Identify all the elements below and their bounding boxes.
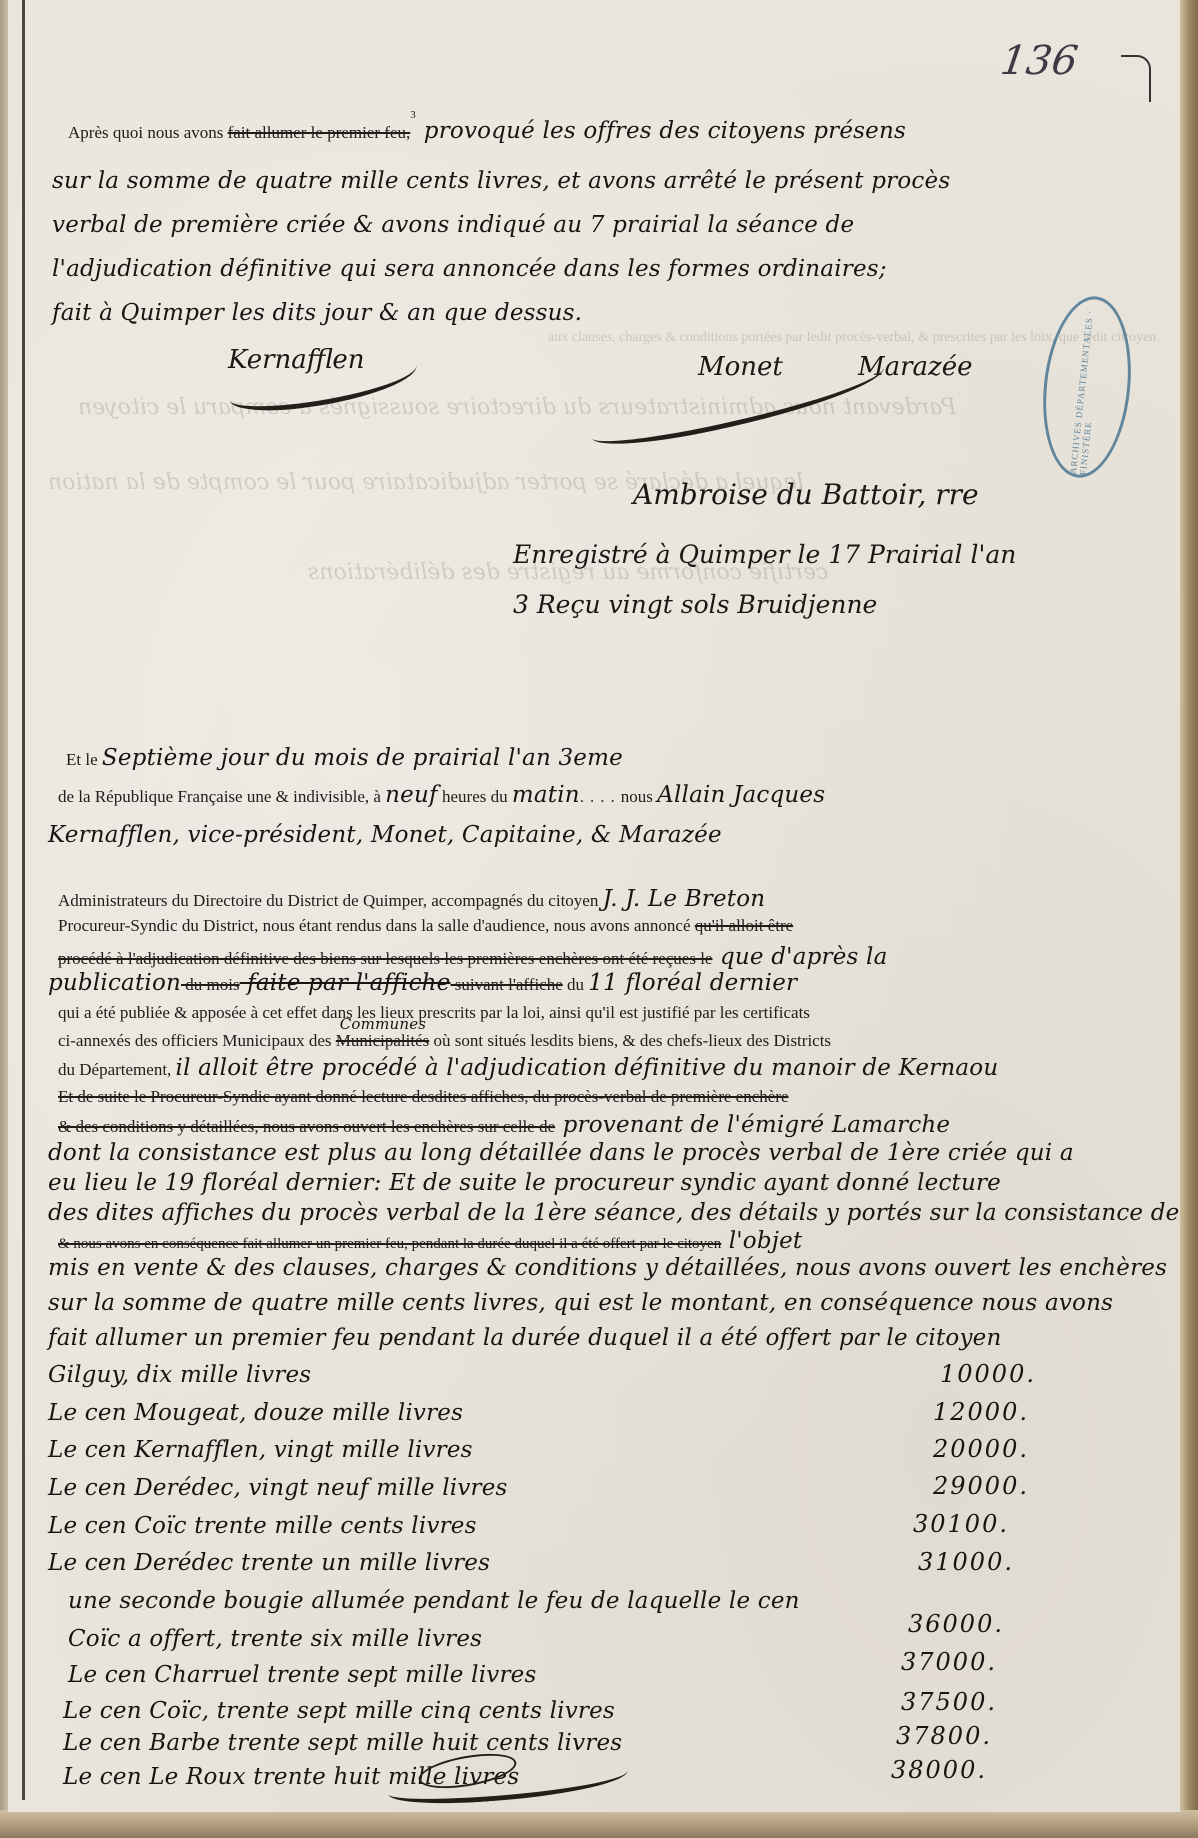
section2-line-8: qui a été publiée & apposée à cet effet …	[58, 1003, 810, 1023]
section2-line-4: Administrateurs du Directoire du Distric…	[58, 886, 765, 912]
bid-amount: 36000.	[908, 1610, 1004, 1638]
section2-line-1: Et le Septième jour du mois de prairial …	[66, 745, 623, 771]
handwritten-text: Septième jour du mois de prairial l'an 3…	[102, 745, 623, 771]
bid-amount: 20000.	[933, 1435, 1029, 1463]
bid-entry: Le cen Derédec, vingt neuf mille livres	[48, 1475, 508, 1501]
page-right-edge	[1180, 0, 1198, 1838]
bid-entry: Gilguy, dix mille livres	[48, 1362, 311, 1388]
handwritten-text: J. J. Le Breton	[603, 886, 766, 912]
handwritten-text: que d'après la	[712, 944, 887, 970]
archive-stamp: ARCHIVES DÉPARTEMENTALES · FINISTÈRE	[1035, 292, 1140, 482]
section2-line-6: procédé à l'adjudication définitive des …	[58, 944, 888, 970]
section2-line-18: sur la somme de quatre mille cents livre…	[48, 1290, 1113, 1316]
bid-entry: Le cen Charruel trente sept mille livres	[68, 1662, 536, 1688]
section2-line-5: Procureur-Syndic du District, nous étant…	[58, 916, 793, 936]
bid-amount: 12000.	[933, 1398, 1029, 1426]
leader-dots: ....	[580, 787, 621, 806]
bid-entry-note: une seconde bougie allumée pendant le fe…	[68, 1588, 800, 1614]
handwritten-text: 11 floréal dernier	[588, 970, 797, 996]
bid-entry: Le cen Barbe trente sept mille huit cent…	[63, 1730, 622, 1756]
printed-text: Après quoi nous avons	[68, 123, 228, 142]
printed-text: où sont situés lesdits biens, & des chef…	[429, 1031, 831, 1050]
bid-amount: 30100.	[913, 1510, 1009, 1538]
page-bottom-edge	[0, 1810, 1198, 1838]
handwritten-text: matin	[512, 782, 580, 808]
section2-line-16: & nous avons en conséquence fait allumer…	[58, 1228, 802, 1254]
printed-text: Procureur-Syndic du District, nous étant…	[58, 916, 695, 935]
section2-line-2: de la République Française une & indivis…	[58, 782, 825, 808]
printed-text: ci-annexés des officiers Municipaux des	[58, 1031, 336, 1050]
handwritten-text: publication	[48, 970, 181, 996]
printed-text: Administrateurs du Directoire du Distric…	[58, 891, 603, 910]
section2-line-9: ci-annexés des officiers Municipaux des …	[58, 1031, 831, 1051]
printed-text: de la République Française une & indivis…	[58, 787, 385, 806]
footnote-mark: 3	[410, 109, 416, 121]
handwritten-text: provoqué les offres des citoyens présens	[424, 118, 906, 144]
printed-text: du	[563, 975, 589, 994]
section1-line-4: l'adjudication définitive qui sera annon…	[52, 256, 887, 282]
printed-text: heures du	[438, 787, 512, 806]
section2-line-14: eu lieu le 19 floréal dernier: Et de sui…	[48, 1170, 1001, 1196]
section2-line-15: des dites affiches du procès verbal de l…	[48, 1200, 1180, 1226]
bid-amount: 37000.	[901, 1648, 997, 1676]
struck-handwritten-text: faite par l'affiche	[240, 970, 451, 996]
folio-flourish	[1121, 55, 1151, 102]
bid-entry: Coïc a offert, trente six mille livres	[68, 1626, 482, 1652]
bid-amount: 38000.	[891, 1756, 987, 1784]
struck-printed-text: fait allumer le premier feu,	[228, 123, 411, 142]
section2-line-3: Kernafflen, vice-président, Monet, Capit…	[48, 822, 722, 848]
registration-line-1: Enregistré à Quimper le 17 Prairial l'an	[513, 540, 1016, 569]
handwritten-text: neuf	[385, 782, 438, 808]
bid-amount: 37800.	[896, 1722, 992, 1750]
struck-printed-text: Municipalités	[336, 1031, 429, 1050]
section1-line-1: Après quoi nous avons fait allumer le pr…	[68, 118, 906, 144]
bid-amount: 37500.	[901, 1688, 997, 1716]
bid-amount: 29000.	[933, 1472, 1029, 1500]
registrar-signature: Ambroise du Battoir, rre	[633, 478, 979, 511]
handwritten-text: Allain Jacques	[657, 782, 825, 808]
bid-entry: Le cen Coïc, trente sept mille cinq cent…	[63, 1698, 615, 1724]
printed-text: du Département,	[58, 1060, 176, 1079]
section2-line-12: & des conditions y détaillées, nous avon…	[58, 1112, 950, 1138]
bid-amount: 10000.	[940, 1360, 1036, 1388]
bid-entry: Le cen Derédec trente un mille livres	[48, 1550, 490, 1576]
section1-line-5: fait à Quimper les dits jour & an que de…	[52, 300, 582, 326]
section2-line-17: mis en vente & des clauses, charges & co…	[48, 1255, 1167, 1281]
interlinear-correction: Communes	[340, 1015, 426, 1033]
bid-entry: Le cen Kernafflen, vingt mille livres	[48, 1437, 473, 1463]
struck-printed-text: & nous avons en conséquence fait allumer…	[58, 1236, 721, 1252]
section2-line-19: fait allumer un premier feu pendant la d…	[48, 1325, 1001, 1351]
struck-printed-text: du mois	[181, 975, 240, 994]
binding-rule	[22, 0, 25, 1800]
section2-line-11: Et de suite le Procureur-Syndic ayant do…	[58, 1087, 789, 1107]
bid-amount: 31000.	[918, 1548, 1014, 1576]
struck-printed-text: & des conditions y détaillées, nous avon…	[58, 1117, 555, 1136]
struck-printed-text: qu'il alloit être	[695, 916, 793, 935]
printed-text: Et le	[66, 750, 102, 769]
section2-line-7: publication du mois faite par l'affiche …	[48, 970, 797, 996]
handwritten-text: il alloit être procédé à l'adjudication …	[176, 1055, 999, 1081]
section1-line-3: verbal de première criée & avons indiqué…	[52, 212, 854, 238]
struck-printed-text: procédé à l'adjudication définitive des …	[58, 949, 712, 968]
registration-line-2: 3 Reçu vingt sols Bruidjenne	[513, 590, 877, 619]
struck-printed-text: suivant l'affiche	[450, 975, 562, 994]
section2-line-10: du Département, il alloit être procédé à…	[58, 1055, 998, 1081]
bid-entry: Le cen Mougeat, douze mille livres	[48, 1400, 463, 1426]
folio-number: 136	[998, 38, 1081, 84]
section2-line-13: dont la consistance est plus au long dét…	[48, 1140, 1074, 1166]
section1-line-2: sur la somme de quatre mille cents livre…	[52, 168, 950, 194]
handwritten-text: provenant de l'émigré Lamarche	[555, 1112, 950, 1138]
bid-entry: Le cen Coïc trente mille cents livres	[48, 1513, 477, 1539]
handwritten-text: l'objet	[721, 1228, 802, 1254]
manuscript-page: Pardevant nous administrateurs du direct…	[8, 0, 1180, 1812]
printed-text: nous	[621, 787, 657, 806]
